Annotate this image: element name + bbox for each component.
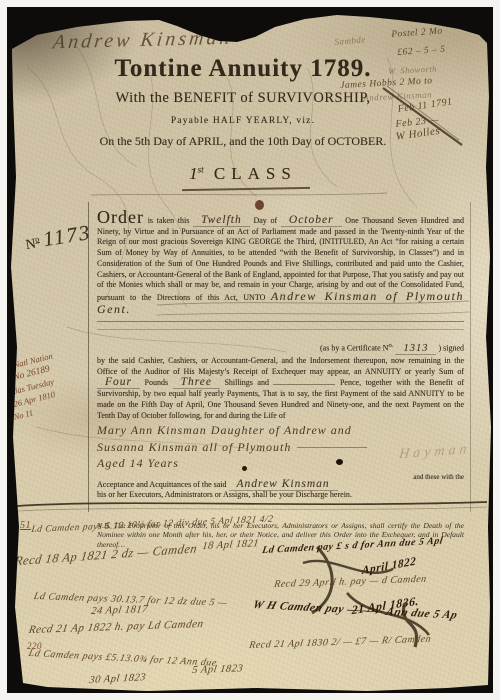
- handwritten-note: Postel 2 Mo: [391, 26, 443, 40]
- payment-dates-line: On the 5th Day of APRIL, and the 10th Da…: [67, 134, 419, 149]
- ruled-line: [97, 329, 464, 330]
- handwritten-day: Twelfth: [193, 214, 250, 227]
- order-paragraph: Order is taken this Twelfth Day of Octob…: [97, 212, 464, 316]
- payment-note: Ld Camden pays £5.13.0¾ for 12 Ann due: [27, 648, 218, 669]
- payable-line: Payable HALF YEARLY, viz.: [67, 116, 419, 126]
- order-text-box: Order is taken this Twelfth Day of Octob…: [88, 202, 471, 512]
- class-line: 1st CLASS: [67, 164, 419, 184]
- handwritten-nominee-line: Mary Ann Kinsman Daughter of Andrew and: [97, 424, 464, 438]
- number-value-handwritten: 1173: [41, 220, 93, 251]
- receipt-note: Recd 21 Apl 1830 2/ — £7 — R/ Camden: [248, 634, 431, 651]
- ruled-line: [97, 321, 464, 322]
- certificate-number: No 1173: [23, 220, 93, 255]
- owner-name-handwritten: Andrew Kinsman: [52, 27, 234, 55]
- document-title: Tontine Annuity 1789.: [67, 55, 419, 83]
- handwritten-pounds: Four: [97, 376, 140, 389]
- date-note: 18 Apl 1821: [202, 538, 260, 552]
- class-underline-rule: [182, 187, 310, 191]
- parchment-document: Andrew Kinsman Sambde Postel 2 Mo £62 – …: [7, 7, 493, 693]
- date-note: 5 Apl 1823: [191, 663, 243, 676]
- date-note: 24 Apl 1817: [90, 604, 148, 617]
- acceptance-clause: and these with the Acceptance and Acquit…: [97, 479, 464, 501]
- annuity-paragraph: by the said Cashier, Cashiers, or Accoun…: [97, 356, 464, 421]
- order-opening-word: Order: [97, 207, 144, 227]
- class-word: CLASS: [214, 164, 297, 183]
- receipt-note: Recd 29 April h. pay — d Camden: [273, 574, 427, 590]
- number-label: No: [25, 236, 41, 253]
- ledger-number: 51: [20, 520, 31, 531]
- photo-background: Andrew Kinsman Sambde Postel 2 Mo £62 – …: [7, 7, 493, 693]
- certificate-reference: (as by a Certificate No. 1313 ) signed: [97, 342, 464, 354]
- class-ordinal: 1st: [189, 164, 204, 183]
- acceptance-side-note: and these with the: [413, 472, 464, 483]
- handwritten-acceptance-name: Andrew Kinsman: [229, 478, 338, 491]
- framed-photo: Andrew Kinsman Sambde Postel 2 Mo £62 – …: [0, 0, 500, 700]
- handwritten-note: Sambde: [334, 34, 366, 47]
- ruled-line: [297, 447, 367, 448]
- receipt-note: Recd 21 Ap 1822 h. pay Ld Camden: [28, 618, 205, 636]
- handwritten-month: October: [281, 214, 342, 227]
- handwritten-shillings: Three: [173, 376, 220, 389]
- date-note: 30 Apl 1823: [89, 672, 147, 686]
- blank-pence-line: [273, 384, 335, 385]
- margin-notes: Natl Nation No 26189 Jas Tuesday 26 Apr …: [13, 355, 55, 420]
- handwritten-certificate-number: 1313: [395, 343, 436, 355]
- document-subtitle: With the BENEFIT of SURVIVORSHIP,: [67, 90, 419, 107]
